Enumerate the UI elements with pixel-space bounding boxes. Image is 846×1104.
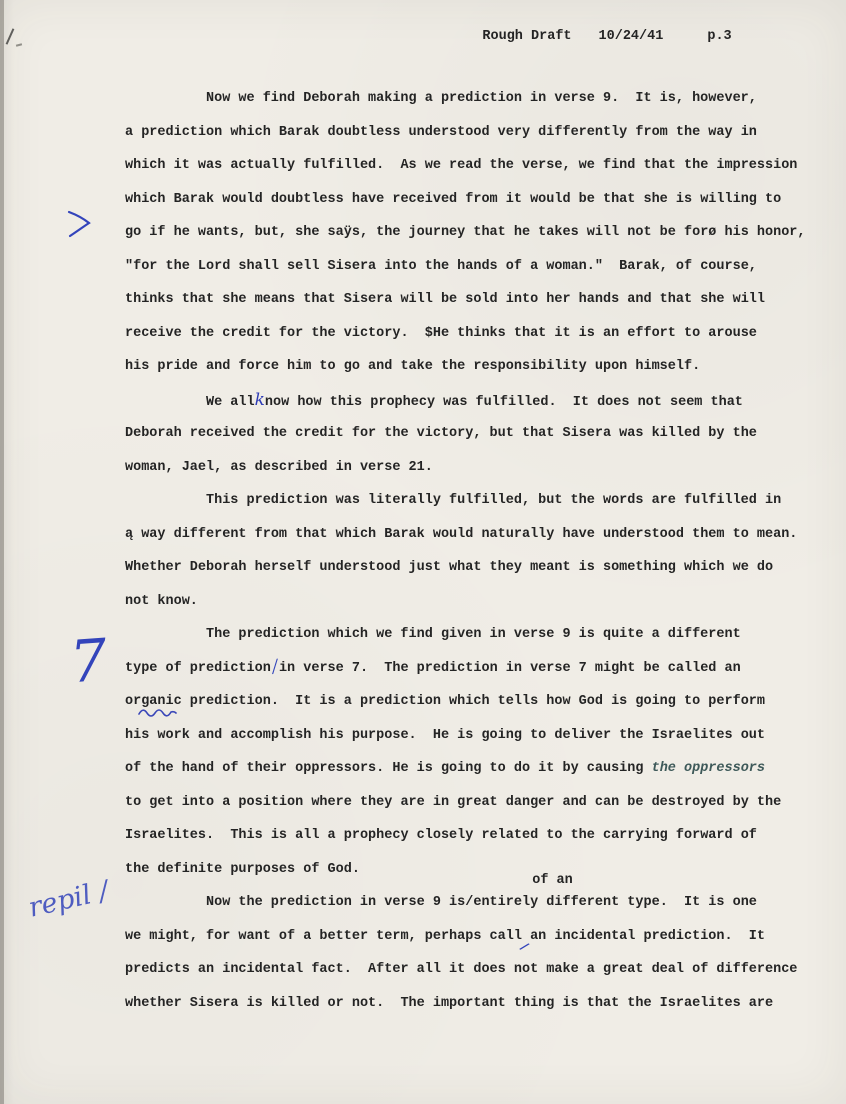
typed-text-segment: This prediction was literally fulfilled,…	[206, 493, 781, 508]
typed-line: predicts an incidental fact. After all i…	[125, 953, 841, 987]
typed-line: This prediction was literally fulfilled,…	[125, 484, 841, 518]
typed-text-segment: organic prediction. It is a prediction w…	[125, 694, 765, 709]
typed-text-segment: ą way different from that which Barak wo…	[125, 527, 797, 542]
typed-text-segment: woman, Jael, as described in verse 21.	[125, 460, 433, 475]
typed-text-segment: his pride and force him to go and take t…	[125, 359, 700, 374]
typed-line: his work and accomplish his purpose. He …	[125, 719, 841, 753]
handwritten-margin-note: repil /	[26, 875, 112, 923]
typed-text-segment: whether Sisera is killed or not. The imp…	[125, 996, 773, 1011]
typed-text-segment: which Barak would doubtless have receive…	[125, 192, 781, 207]
draft-label: Rough Draft	[482, 29, 571, 44]
typed-text-segment: Deborah received the credit for the vict…	[125, 426, 757, 441]
typed-text-segment: entirely different type. It is one	[473, 895, 757, 910]
typed-text-segment: the definite purposes of God.	[125, 862, 360, 877]
handwritten-seven-mark: 7	[68, 631, 109, 691]
typed-line: receive the credit for the victory. $He …	[125, 317, 841, 351]
typed-text-segment: of the hand of their oppressors. He is g…	[125, 761, 652, 776]
typed-line: not know.	[125, 585, 841, 619]
scanned-typewritten-page: Rough Draft10/24/41p.3 Now we find Debor…	[0, 0, 846, 1104]
typed-line: Whether Deborah herself understood just …	[125, 551, 841, 585]
handwritten-caret-mark: /	[270, 644, 280, 695]
typed-text-segment: Whether Deborah herself understood just …	[125, 560, 773, 575]
typed-text-segment: predicts an incidental fact. After all i…	[125, 962, 797, 977]
typed-text-segment: his work and accomplish his purpose. He …	[125, 728, 765, 743]
typed-line: go if he wants, but, she saÿs, the journ…	[125, 216, 841, 250]
typed-line: "for the Lord shall sell Sisera into the…	[125, 250, 841, 284]
typed-line: Now the prediction in verse 9 is/of anen…	[125, 886, 841, 920]
typed-text-segment: go if he wants, but, she saÿs, the journ…	[125, 225, 806, 240]
typed-text-segment: "for the Lord shall sell Sisera into the…	[125, 259, 757, 274]
typed-text-segment: /of an	[465, 895, 473, 910]
typed-text-segment: type of prediction	[125, 661, 271, 676]
typed-text-segment: thinks that she means that Sisera will b…	[125, 292, 765, 307]
typed-line: which Barak would doubtless have receive…	[125, 183, 841, 217]
typed-text-segment: Now we find Deborah making a prediction …	[206, 91, 757, 106]
scan-scratch-mark	[16, 43, 22, 46]
typed-line: thinks that she means that Sisera will b…	[125, 283, 841, 317]
typed-text-segment: We all	[206, 395, 255, 410]
page-header: Rough Draft10/24/41p.3	[450, 14, 732, 59]
typed-text-segment: in verse 7. The prediction in verse 7 mi…	[279, 661, 741, 676]
typed-text-segment: which it was actually fulfilled. As we r…	[125, 158, 797, 173]
typed-line: The prediction which we find given in ve…	[125, 618, 841, 652]
typed-line: whether Sisera is killed or not. The imp…	[125, 987, 841, 1021]
typed-text-segment: Israelites. This is all a prophecy close…	[125, 828, 757, 843]
scan-edge-shadow	[0, 0, 4, 1104]
typed-text-segment: Now the prediction in verse 9 is	[206, 895, 465, 910]
typed-text-segment: to get into a position where they are in…	[125, 795, 781, 810]
typed-line: We allknow how this prophecy was fulfill…	[125, 384, 841, 418]
typed-line: ą way different from that which Barak wo…	[125, 518, 841, 552]
typed-line: his pride and force him to go and take t…	[125, 350, 841, 384]
typed-text-segment: now how this prophecy was fulfilled. It …	[265, 395, 743, 410]
typed-line: a prediction which Barak doubtless under…	[125, 116, 841, 150]
document-body: Now we find Deborah making a prediction …	[125, 82, 841, 1020]
typed-line: we might, for want of a better term, per…	[125, 920, 841, 954]
typed-text-segment: not know.	[125, 594, 198, 609]
interline-typed-insertion: of an	[451, 874, 573, 888]
draft-date: 10/24/41	[599, 29, 664, 44]
typed-line: type of prediction/in verse 7. The predi…	[125, 652, 841, 686]
typed-text-segment: the oppressors	[652, 761, 765, 776]
typed-line: Israelites. This is all a prophecy close…	[125, 819, 841, 853]
typed-line: organic prediction. It is a prediction w…	[125, 685, 841, 719]
typed-line: which it was actually fulfilled. As we r…	[125, 149, 841, 183]
typed-line: to get into a position where they are in…	[125, 786, 841, 820]
typed-text-segment: a prediction which Barak doubtless under…	[125, 125, 757, 140]
typed-text-segment: The prediction which we find given in ve…	[206, 627, 741, 642]
inserted-handwritten-letter: k	[255, 390, 265, 410]
typed-text-segment: we might, for want of a better term, per…	[125, 929, 765, 944]
handwritten-arrow-icon	[66, 206, 96, 240]
page-number: p.3	[707, 29, 731, 44]
typed-line: of the hand of their oppressors. He is g…	[125, 752, 841, 786]
scribble-underline-icon	[138, 705, 178, 717]
typed-line: Now we find Deborah making a prediction …	[125, 82, 841, 116]
scan-scratch-mark	[6, 28, 15, 44]
typed-text-segment: receive the credit for the victory. $He …	[125, 326, 757, 341]
typed-line: Deborah received the credit for the vict…	[125, 417, 841, 451]
typed-line: woman, Jael, as described in verse 21.	[125, 451, 841, 485]
